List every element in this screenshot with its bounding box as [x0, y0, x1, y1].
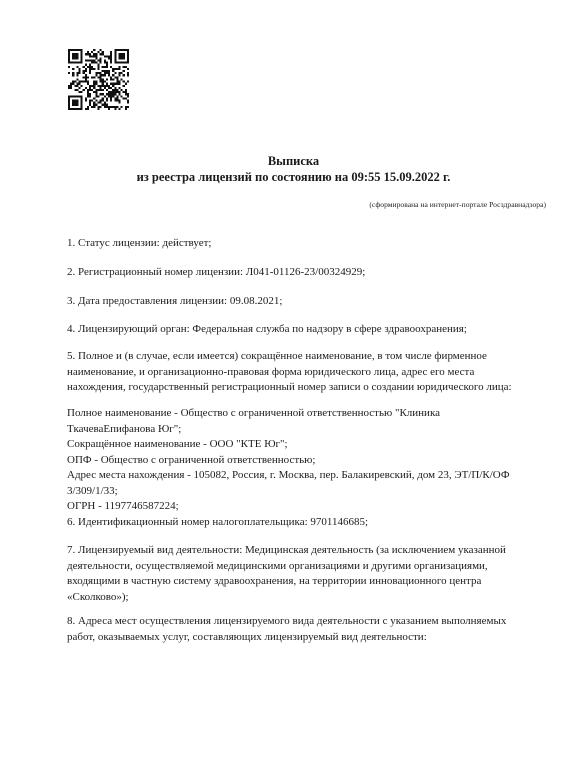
item-7-licensed-activity: 7. Лицензируемый вид деятельности: Медиц… — [67, 543, 529, 605]
address-line: Адрес места нахождения - 105082, Россия,… — [67, 468, 529, 484]
text-line: работ, оказываемых услуг, составляющих л… — [67, 630, 529, 646]
short-name-line: Сокращённое наименование - ООО "КТЕ Юг"; — [67, 437, 529, 453]
text-line: «Сколково»); — [67, 590, 529, 606]
text-line: наименование, и организационно-правовая … — [67, 365, 529, 381]
item-8-activity-addresses: 8. Адреса мест осуществления лицензируем… — [67, 614, 529, 645]
text-line: нахождения, государственный регистрацион… — [67, 380, 529, 396]
text-line: 3. Дата предоставления лицензии: 09.08.2… — [67, 294, 529, 310]
address-line-cont: 3/309/1/33; — [67, 484, 529, 500]
item-5-legal-entity-heading: 5. Полное и (в случае, если имеется) сок… — [67, 349, 529, 396]
ogrn-line: ОГРН - 1197746587224; — [67, 499, 529, 515]
text-line: 6. Идентификационный номер налогоплатель… — [67, 515, 529, 531]
text-line: 5. Полное и (в случае, если имеется) сок… — [67, 349, 529, 365]
full-name-line: Полное наименование - Общество с огранич… — [67, 406, 529, 422]
source-note: (сформирована на интернет-портале Росздр… — [369, 200, 546, 210]
text-line: 8. Адреса мест осуществления лицензируем… — [67, 614, 529, 630]
full-name-line-cont: ТкачеваЕпифанова Юг"; — [67, 422, 529, 438]
item-4-licensing-authority: 4. Лицензирующий орган: Федеральная служ… — [67, 322, 529, 338]
text-line: 2. Регистрационный номер лицензии: Л041-… — [67, 265, 529, 281]
text-line: входящими в частную систему здравоохране… — [67, 574, 529, 590]
document-page: Выписка из реестра лицензий по состоянию… — [0, 0, 569, 757]
item-1-license-status: 1. Статус лицензии: действует; — [67, 236, 529, 252]
item-3-issue-date: 3. Дата предоставления лицензии: 09.08.2… — [67, 294, 529, 310]
text-line: 1. Статус лицензии: действует; — [67, 236, 529, 252]
document-subtitle: из реестра лицензий по состоянию на 09:5… — [0, 169, 569, 185]
document-title: Выписка — [0, 153, 569, 169]
item-2-registration-number: 2. Регистрационный номер лицензии: Л041-… — [67, 265, 529, 281]
legal-form-line: ОПФ - Общество с ограниченной ответствен… — [67, 453, 529, 469]
text-line: 4. Лицензирующий орган: Федеральная служ… — [67, 322, 529, 338]
item-6-taxpayer-id: 6. Идентификационный номер налогоплатель… — [67, 515, 529, 531]
text-line: 7. Лицензируемый вид деятельности: Медиц… — [67, 543, 529, 559]
qr-code-icon — [68, 49, 129, 110]
item-5-legal-entity-details: Полное наименование - Общество с огранич… — [67, 406, 529, 515]
text-line: деятельности, осуществляемой медицинским… — [67, 559, 529, 575]
